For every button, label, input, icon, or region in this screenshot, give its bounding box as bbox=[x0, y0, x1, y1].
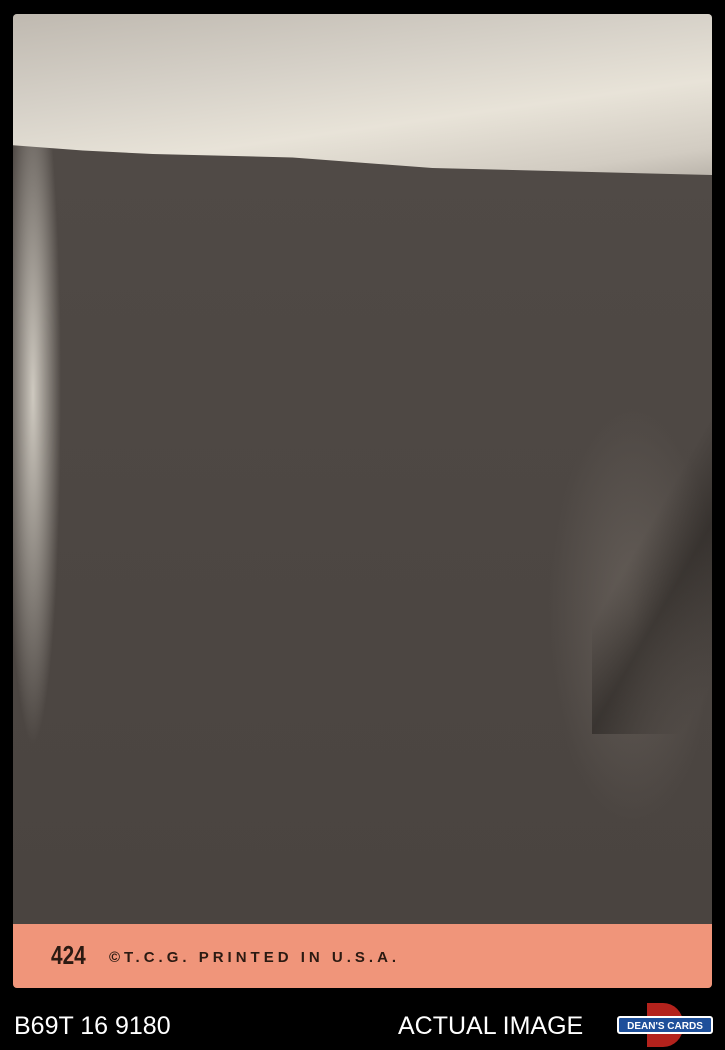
card-number: 424 bbox=[51, 940, 86, 971]
inventory-code: B69T 16 9180 bbox=[14, 1012, 171, 1041]
photo-shadow bbox=[592, 414, 712, 734]
card-footer-strip: 424 ©T.C.G. PRINTED IN U.S.A. bbox=[13, 924, 712, 988]
actual-image-label: ACTUAL IMAGE bbox=[398, 1012, 583, 1041]
copyright-text: ©T.C.G. PRINTED IN U.S.A. bbox=[109, 949, 400, 966]
card-back-image: 424 ©T.C.G. PRINTED IN U.S.A. bbox=[13, 14, 712, 988]
deans-cards-logo: DEAN'S CARDS bbox=[617, 1003, 713, 1047]
photo-cloth-region bbox=[13, 14, 712, 189]
card-photo bbox=[13, 14, 712, 924]
logo-ribbon: DEAN'S CARDS bbox=[617, 1016, 713, 1034]
